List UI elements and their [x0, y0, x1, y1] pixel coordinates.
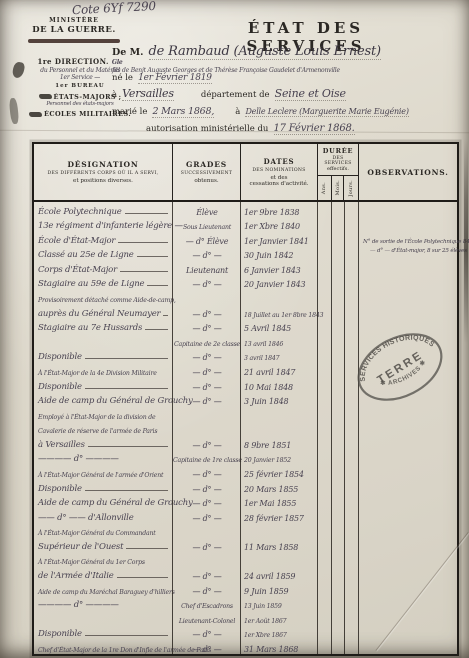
- table-row: Disponible— d° —20 Mars 1855: [34, 479, 457, 494]
- grade-cell: — d° —: [173, 324, 241, 333]
- date-text: 1er Xbre 1840: [244, 222, 300, 231]
- observation-notes: N° de sortie de l'École Polytechnique 84…: [363, 238, 455, 256]
- date-text: 11 Mars 1858: [244, 543, 298, 552]
- table-row: À l'État-Major Général du Commandant: [34, 523, 457, 538]
- duree-sub2: effectifs.: [327, 166, 349, 172]
- designation-cell: À l'État-Major Général du 1er Corps: [34, 559, 173, 566]
- designation-cell: Stagiaire au 7e Hussards: [34, 323, 173, 333]
- grade-text: — d° —: [192, 368, 221, 377]
- designation-sub1: DES DIFFÉRENTS CORPS OÙ IL A SERVI,: [48, 171, 159, 176]
- grade-text: Lieutenant-Colonel: [179, 618, 235, 625]
- date-cell: 20 Janvier 1852: [241, 457, 318, 464]
- designation-cell: École d'État-Major: [34, 236, 173, 246]
- grade-cell: — d° —: [173, 368, 241, 377]
- mois-label: Mois.: [335, 180, 341, 195]
- identity-filiation-line: fils de Benjt Auguste Georges et de Thér…: [112, 57, 468, 65]
- scan-edge-shadow: [464, 138, 468, 343]
- table-row: Corps d'État-MajorLieutenant6 Janvier 18…: [34, 260, 457, 275]
- date-cell: 1er Août 1867: [241, 618, 318, 625]
- header-dates: DATES DES NOMINATIONS et des cessations …: [241, 144, 318, 200]
- designation-text: École d'État-Major: [38, 236, 115, 246]
- grade-text: — d° —: [192, 353, 221, 362]
- designation-cell: À l'État-Major Général du Commandant: [34, 530, 173, 537]
- table-body: N° de sortie de l'École Polytechnique 84…: [34, 202, 457, 654]
- designation-text: Corps d'État-Major: [38, 265, 117, 275]
- table-row: À l'État-Major Général du 1er Corps: [34, 552, 457, 567]
- grade-text: — d° —: [192, 251, 221, 260]
- grade-cell: — d° —: [173, 280, 241, 289]
- grade-text: — d° —: [192, 383, 221, 392]
- designation-cell: Disponible: [34, 629, 173, 639]
- date-text: 20 Janvier 1852: [244, 457, 291, 464]
- duree-subcolumns: Ans. Mois. Jours.: [318, 175, 358, 200]
- grade-text: — d° —: [192, 397, 221, 406]
- designation-text: Provisoirement détaché comme Aide-de-cam…: [38, 297, 176, 304]
- date-cell: 25 février 1854: [241, 470, 318, 479]
- date-cell: 13 Juin 1859: [241, 603, 318, 610]
- designation-cell: ———— d° ————: [34, 600, 173, 610]
- table-row: ———— d° ————Capitaine de 1re classe20 Ja…: [34, 450, 457, 465]
- date-cell: 13 avril 1846: [241, 341, 318, 348]
- grade-cell: — d° —: [173, 587, 241, 596]
- date-cell: 3 avril 1847: [241, 355, 318, 362]
- ministry-block: MINISTÈRE DE LA GUERRE.: [24, 17, 124, 43]
- table-row: Stagiaire au 7e Hussards— d° —5 Avril 18…: [34, 319, 457, 334]
- designation-text: de l'Armée d'Italie: [38, 571, 114, 581]
- handwritten-rule: [147, 285, 168, 286]
- handwritten-rule: [85, 635, 168, 636]
- header-grades: GRADES SUCCESSIVEMENT obtenus.: [173, 144, 241, 200]
- designation-cell: Supérieur de l'Ouest: [34, 542, 173, 552]
- date-cell: 1er Xbre 1867: [241, 632, 318, 639]
- handwritten-rule: [163, 315, 168, 316]
- designation-cell: Aide de camp du Général de Grouchy: [34, 396, 173, 406]
- identity-place-line: à Versailles département de Seine et Ois…: [112, 82, 468, 99]
- designation-cell: à Versailles: [34, 440, 173, 450]
- date-cell: 1er 9bre 1838: [241, 208, 318, 217]
- date-cell: 3 Juin 1848: [241, 397, 318, 406]
- grade-text: — d° —: [192, 499, 221, 508]
- grade-cell: — d° —: [173, 353, 241, 362]
- date-cell: 1er Xbre 1840: [241, 222, 318, 231]
- date-cell: 1er Janvier 1841: [241, 237, 318, 246]
- grade-cell: — d° —: [173, 514, 241, 523]
- header-designation: DÉSIGNATION DES DIFFÉRENTS CORPS OÙ IL A…: [34, 144, 173, 200]
- table-row: À l'État-Major Général de l'armée d'Orie…: [34, 464, 457, 479]
- date-text: 25 février 1854: [244, 470, 304, 479]
- date-text: 3 Juin 1848: [244, 397, 288, 406]
- designation-cell: Chef d'État-Major de la 1re Don d'Infie …: [34, 647, 173, 654]
- table-row: École PolytechniqueÉlève1er 9bre 1838: [34, 202, 457, 217]
- grade-text: — d° —: [192, 470, 221, 479]
- jours-label: Jours.: [348, 180, 354, 197]
- grade-text: — d° —: [192, 572, 221, 581]
- date-text: 6 Janvier 1843: [244, 266, 301, 275]
- date-text: 20 Janvier 1843: [244, 280, 305, 289]
- date-text: 20 Mars 1855: [244, 485, 298, 494]
- date-text: 18 Juillet au 1er 8bre 1843: [244, 312, 323, 319]
- grade-text: Sous Lieutenant: [183, 224, 231, 231]
- designation-text: École Polytechnique: [38, 207, 122, 217]
- date-cell: 24 avril 1859: [241, 572, 318, 581]
- designation-text: Disponible: [38, 352, 82, 362]
- designation-cell: de l'Armée d'Italie: [34, 571, 173, 581]
- date-cell: 28 février 1857: [241, 514, 318, 523]
- grade-cell: — d° —: [173, 397, 241, 406]
- grade-text: Chef d'Escadrons: [181, 603, 233, 610]
- grade-text: — d° —: [192, 514, 221, 523]
- designation-text: Classé au 25e de Ligne: [38, 250, 134, 260]
- date-cell: 5 Avril 1845: [241, 324, 318, 333]
- grade-text: — d° —: [192, 441, 221, 450]
- table-header: DÉSIGNATION DES DIFFÉRENTS CORPS OÙ IL A…: [34, 144, 457, 202]
- grade-text: — d° —: [192, 645, 221, 654]
- duree-col-jours: Jours.: [344, 176, 358, 200]
- grade-cell: Élève: [173, 208, 241, 217]
- handwritten-rule: [137, 256, 168, 257]
- date-text: 13 avril 1846: [244, 341, 283, 348]
- table-row: Aide de camp du Général de Grouchy— d° —…: [34, 494, 457, 509]
- grade-text: — d° —: [192, 310, 221, 319]
- grade-text: — d° —: [192, 324, 221, 333]
- dates-sub1: DES NOMINATIONS: [252, 168, 305, 173]
- table-row: Lieutenant-Colonel1er Août 1867: [34, 610, 457, 625]
- autorisation-label: autorisation ministérielle du: [146, 124, 268, 134]
- table-row: Stagiaire au 59e de Ligne— d° —20 Janvie…: [34, 275, 457, 290]
- date-text: 1er Mai 1855: [244, 499, 296, 508]
- date-text: 9 Juin 1859: [244, 587, 288, 596]
- grade-cell: — d° —: [173, 572, 241, 581]
- designation-text: auprès du Général Neumayer: [38, 309, 160, 319]
- designation-text: Disponible: [38, 382, 82, 392]
- date-text: 1er Xbre 1867: [244, 632, 287, 639]
- date-cell: 18 Juillet au 1er 8bre 1843: [241, 312, 318, 319]
- date-text: 24 avril 1859: [244, 572, 295, 581]
- designation-title: DÉSIGNATION: [67, 160, 138, 169]
- observation-note-1: N° de sortie de l'École Polytechnique 84…: [363, 238, 455, 247]
- handwritten-rule: [118, 242, 168, 243]
- date-text: 31 Mars 1868: [244, 645, 298, 654]
- marie-le-label: marié le: [112, 107, 147, 117]
- grade-cell: — d° —: [173, 485, 241, 494]
- ink-bar: [28, 39, 120, 43]
- identity-block: De M. de Rambaud (Auguste Louis Ernest) …: [112, 40, 468, 132]
- table-row: Provisoirement détaché comme Aide-de-cam…: [34, 289, 457, 304]
- identity-authorization-line: autorisation ministérielle du 17 Février…: [112, 116, 468, 132]
- grade-text: Élève: [196, 208, 217, 217]
- designation-text: Stagiaire au 59e de Ligne: [38, 279, 144, 289]
- ink-smudge: [9, 98, 20, 125]
- observation-note-2: — d° — d'État-major, 8 sur 25 élèves: [363, 247, 455, 256]
- handwritten-rule: [126, 548, 168, 549]
- column-divider: [240, 202, 241, 654]
- designation-cell: Disponible: [34, 352, 173, 362]
- column-divider: [331, 202, 332, 654]
- date-cell: 11 Mars 1858: [241, 543, 318, 552]
- designation-cell: À l'État-Major Général de l'armée d'Orie…: [34, 472, 173, 479]
- table-row: ———— d° ————Chef d'Escadrons13 Juin 1859: [34, 596, 457, 611]
- column-divider: [344, 202, 345, 654]
- table-row: Aide de camp du Maréchal Baraguey d'hill…: [34, 581, 457, 596]
- grade-text: — d° —: [192, 630, 221, 639]
- header-observations: OBSERVATIONS.: [359, 144, 457, 200]
- designation-cell: Stagiaire au 59e de Ligne: [34, 279, 173, 289]
- handwritten-rule: [85, 490, 168, 491]
- designation-cell: auprès du Général Neumayer: [34, 309, 173, 319]
- handwritten-rule: [85, 358, 168, 359]
- designation-cell: 13e régiment d'infanterie légère —: [34, 221, 173, 231]
- grade-cell: — d° Élève: [173, 237, 241, 246]
- grade-cell: — d° —: [173, 645, 241, 654]
- duree-col-ans: Ans.: [318, 176, 332, 200]
- table-row: Employé à l'État-Major de la division de: [34, 406, 457, 421]
- date-cell: 30 Juin 1842: [241, 251, 318, 260]
- services-table: DÉSIGNATION DES DIFFÉRENTS CORPS OÙ IL A…: [32, 142, 459, 656]
- grade-text: — d° Élève: [186, 237, 229, 246]
- grade-cell: — d° —: [173, 251, 241, 260]
- grade-cell: — d° —: [173, 383, 241, 392]
- ministry-line1: MINISTÈRE: [24, 17, 124, 24]
- grades-sub1: SUCCESSIVEMENT: [181, 171, 232, 176]
- designation-text: À l'État-Major de la 4e Division Militai…: [38, 370, 157, 377]
- date-text: 28 février 1857: [244, 514, 304, 523]
- designation-text: Aide de camp du Maréchal Baraguey d'hill…: [38, 589, 175, 596]
- handwritten-rule: [145, 329, 168, 330]
- table-row: 13e régiment d'infanterie légère —Sous L…: [34, 217, 457, 232]
- observations-title: OBSERVATIONS.: [367, 168, 448, 177]
- designation-cell: —— d° —— d'Allonville: [34, 513, 173, 523]
- designation-text: Aide de camp du Général de Grouchy: [38, 498, 193, 508]
- dates-title: DATES: [264, 157, 295, 166]
- grade-cell: Capitaine de 2e classe: [173, 341, 241, 348]
- grade-cell: — d° —: [173, 441, 241, 450]
- date-text: 8 9bre 1851: [244, 441, 291, 450]
- designation-text: Stagiaire au 7e Hussards: [38, 323, 142, 333]
- grade-cell: Sous Lieutenant: [173, 224, 241, 231]
- cote-annotation: Cote 6Yf 7290: [72, 0, 157, 17]
- grade-cell: — d° —: [173, 470, 241, 479]
- grade-cell: Chef d'Escadrons: [173, 603, 241, 610]
- duree-sub1: DES SERVICES: [318, 156, 358, 166]
- ink-blot-icon: [39, 94, 52, 99]
- designation-cell: Employé à l'État-Major de la division de: [34, 414, 173, 421]
- designation-cell: Disponible: [34, 382, 173, 392]
- grades-sub2: obtenus.: [194, 178, 218, 184]
- date-cell: 8 9bre 1851: [241, 441, 318, 450]
- table-row: Supérieur de l'Ouest— d° —11 Mars 1858: [34, 537, 457, 552]
- designation-text: À l'État-Major Général du 1er Corps: [38, 559, 145, 566]
- column-divider: [317, 202, 318, 654]
- grade-text: — d° —: [192, 543, 221, 552]
- grade-text: — d° —: [192, 587, 221, 596]
- dates-sub3: cessations d'activité.: [249, 181, 308, 187]
- grade-cell: Capitaine de 1re classe: [173, 457, 241, 464]
- designation-text: Employé à l'État-Major de la division de: [38, 414, 155, 421]
- grade-text: — d° —: [192, 485, 221, 494]
- handwritten-rule: [120, 271, 168, 272]
- date-text: 30 Juin 1842: [244, 251, 293, 260]
- date-cell: 9 Juin 1859: [241, 587, 318, 596]
- grade-cell: — d° —: [173, 630, 241, 639]
- grade-cell: Lieutenant: [173, 266, 241, 275]
- duree-col-mois: Mois.: [332, 176, 345, 200]
- date-text: 1er Janvier 1841: [244, 237, 309, 246]
- duree-title-block: DURÉE DES SERVICES effectifs.: [318, 144, 358, 175]
- designation-cell: Disponible: [34, 484, 173, 494]
- handwritten-rule: [117, 577, 168, 578]
- table-row: Chef d'État-Major de la 1re Don d'Infie …: [34, 639, 457, 654]
- designation-cell: École Polytechnique: [34, 207, 173, 217]
- autorisation-date: 17 Février 1868.: [274, 123, 355, 135]
- grade-cell: — d° —: [173, 499, 241, 508]
- table-row: de l'Armée d'Italie— d° —24 avril 1859: [34, 566, 457, 581]
- grade-cell: Lieutenant-Colonel: [173, 618, 241, 625]
- date-text: 5 Avril 1845: [244, 324, 291, 333]
- designation-text: —— d° —— d'Allonville: [38, 513, 134, 523]
- date-text: 13 Juin 1859: [244, 603, 282, 610]
- designation-cell: Classé au 25e de Ligne: [34, 250, 173, 260]
- handwritten-rule: [125, 213, 168, 214]
- date-text: 3 avril 1847: [244, 355, 279, 362]
- date-cell: 31 Mars 1868: [241, 645, 318, 654]
- designation-text: 13e régiment d'infanterie légère —: [38, 221, 183, 231]
- date-cell: 20 Janvier 1843: [241, 280, 318, 289]
- ans-label: Ans.: [321, 182, 327, 194]
- table-row: —— d° —— d'Allonville— d° —28 février 18…: [34, 508, 457, 523]
- grade-cell: — d° —: [173, 543, 241, 552]
- date-cell: 20 Mars 1855: [241, 485, 318, 494]
- designation-text: À l'État-Major Général du Commandant: [38, 530, 156, 537]
- grade-text: Capitaine de 1re classe: [173, 457, 242, 464]
- ministry-line2: DE LA GUERRE.: [24, 25, 124, 35]
- grade-cell: — d° —: [173, 310, 241, 319]
- date-text: 10 Mai 1848: [244, 383, 293, 392]
- designation-text: à Versailles: [38, 440, 85, 450]
- designation-cell: Aide de camp du Maréchal Baraguey d'hill…: [34, 589, 173, 596]
- designation-sub2: et positions diverses.: [73, 178, 133, 184]
- document-page: Cote 6Yf 7290 MINISTÈRE DE LA GUERRE. ÉT…: [0, 0, 469, 658]
- direction-label: 1re DIRECTION.: [37, 57, 109, 66]
- designation-text: Aide de camp du Général de Grouchy: [38, 396, 193, 406]
- handwritten-rule: [88, 446, 168, 447]
- column-divider: [172, 202, 173, 654]
- designation-cell: Provisoirement détaché comme Aide-de-cam…: [34, 297, 173, 304]
- designation-cell: Corps d'État-Major: [34, 265, 173, 275]
- designation-cell: À l'État-Major de la 4e Division Militai…: [34, 370, 173, 377]
- date-cell: 6 Janvier 1843: [241, 266, 318, 275]
- date-text: 1er 9bre 1838: [244, 208, 299, 217]
- grade-text: Lieutenant: [186, 266, 228, 275]
- handwritten-rule: [85, 388, 168, 389]
- date-cell: 21 avril 1847: [241, 368, 318, 377]
- designation-text: Supérieur de l'Ouest: [38, 542, 123, 552]
- date-cell: 1er Mai 1855: [241, 499, 318, 508]
- table-row: auprès du Général Neumayer— d° —18 Juill…: [34, 304, 457, 319]
- table-row: Cavalerie de réserve de l'armée de Paris: [34, 421, 457, 436]
- duree-title: DURÉE: [323, 147, 354, 155]
- designation-text: Disponible: [38, 629, 82, 639]
- grades-title: GRADES: [186, 160, 227, 169]
- date-text: 1er Août 1867: [244, 618, 286, 625]
- designation-text: ———— d° ————: [38, 454, 119, 464]
- identity-marriage-line: marié le 2 Mars 1868, à Delle Leclere (M…: [112, 99, 468, 116]
- designation-text: Disponible: [38, 484, 82, 494]
- designation-cell: Cavalerie de réserve de l'armée de Paris: [34, 428, 173, 435]
- date-cell: 10 Mai 1848: [241, 383, 318, 392]
- designation-text: À l'État-Major Général de l'armée d'Orie…: [38, 472, 163, 479]
- date-text: 21 avril 1847: [244, 368, 295, 377]
- designation-cell: ———— d° ————: [34, 454, 173, 464]
- grade-text: — d° —: [192, 280, 221, 289]
- designation-text: Cavalerie de réserve de l'armée de Paris: [38, 428, 157, 435]
- designation-cell: Aide de camp du Général de Grouchy: [34, 498, 173, 508]
- column-divider: [358, 202, 359, 654]
- designation-text: ———— d° ————: [38, 600, 119, 610]
- grade-text: Capitaine de 2e classe: [174, 341, 240, 348]
- table-row: à Versailles— d° —8 9bre 1851: [34, 435, 457, 450]
- header-duree: DURÉE DES SERVICES effectifs. Ans. Mois.…: [318, 144, 359, 200]
- ink-blot-icon: [29, 112, 42, 117]
